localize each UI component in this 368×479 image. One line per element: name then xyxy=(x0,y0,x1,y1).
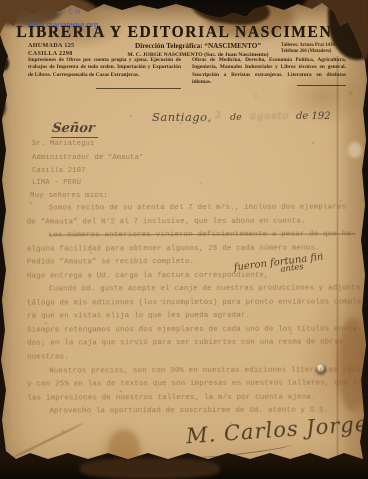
typed-line: tálogo de mis ediciones (los incompletos… xyxy=(27,298,357,313)
worn-spot-right xyxy=(348,142,362,158)
recipient-name: Sr. Mariátegui xyxy=(32,140,95,148)
dateline-day-handwritten: 3 xyxy=(215,111,221,121)
letterhead-address-line1: AHUMADA 125 xyxy=(28,43,75,51)
dateline-year-prefix: de 192 xyxy=(296,111,331,122)
typed-line: Los números anteriores vinieron deficien… xyxy=(27,231,357,246)
typed-line: Siempre retengamos unos dos ejemplares d… xyxy=(27,325,357,340)
typed-line: dos; en la caja que sirvió para ser cubi… xyxy=(27,339,357,354)
crease-line-bottom-left xyxy=(10,422,85,460)
workshop-line2: Teléfono 266 (Matadero) xyxy=(281,49,335,55)
scanned-letter-page: { "watermark": { "line1": "AJCM", "line2… xyxy=(0,0,368,479)
typed-line: ra que en vistas elija lo que les pueda … xyxy=(27,312,357,327)
letterhead-services-right: Obras de Medicina, Derecho, Economía Pol… xyxy=(192,57,346,86)
letterhead-services-left: Impresiones de Obras por cuenta propia y… xyxy=(28,57,181,79)
letterhead-rule-right xyxy=(297,85,346,86)
dateline-de: de xyxy=(230,112,242,123)
letterhead-telegraph: Dirección Telegráfica: “NASCIMENTO” xyxy=(108,42,288,50)
letterhead-address: AHUMADA 125 CASILLA 2298 xyxy=(28,43,75,58)
typed-line: las impresiones de nuestros talleres, la… xyxy=(27,393,357,408)
recipient-po-box: Casilla 2107 xyxy=(32,167,86,175)
telegraph-name: “NASCIMENTO” xyxy=(204,42,261,50)
recipient-role: Administrador de “Amauta” xyxy=(32,154,144,162)
recipient-city: LIMA - PERU xyxy=(32,179,81,187)
telegraph-label: Dirección Telegráfica: xyxy=(135,42,203,50)
typed-line: Nuestros precios, son con 30% en nuestra… xyxy=(27,366,357,381)
typed-body: Somos recibo de su atenta del 7 del m/s.… xyxy=(27,203,358,421)
typed-line: Cuando Ud. guste acepte el canje de nues… xyxy=(27,285,357,300)
workshop-line1: Talleres: Arturo Prat 1430 xyxy=(281,43,335,49)
typed-line: de “Amauta” del N°2 al 7 inclusive, que … xyxy=(27,217,357,232)
dateline-city: Santiago, xyxy=(152,110,212,124)
dateline-month-handwritten: agosto xyxy=(250,111,290,122)
torn-chip-left xyxy=(0,56,9,71)
letter-paper: AJCM www.mariategui.org LIBRERIA Y EDITO… xyxy=(0,0,368,479)
typed-line: nuestras. xyxy=(27,352,357,367)
greeting: Muy señores míos: xyxy=(30,192,108,200)
torn-backing-bottom xyxy=(80,458,220,479)
typed-line: y con 25% en las de textos que son impre… xyxy=(27,380,357,395)
letterhead-rule-left xyxy=(96,88,181,89)
typed-line: Somos recibo de su atenta del 7 del m/s.… xyxy=(27,203,357,218)
letterhead-workshop: Talleres: Arturo Prat 1430 Teléfono 266 … xyxy=(281,43,335,56)
letterhead-title: LIBRERIA Y EDITORIAL NASCIMENTO xyxy=(12,23,362,42)
salutation: Señor xyxy=(51,121,99,138)
typed-line: Hago entrega a Ud. cargo la factura corr… xyxy=(27,271,357,286)
